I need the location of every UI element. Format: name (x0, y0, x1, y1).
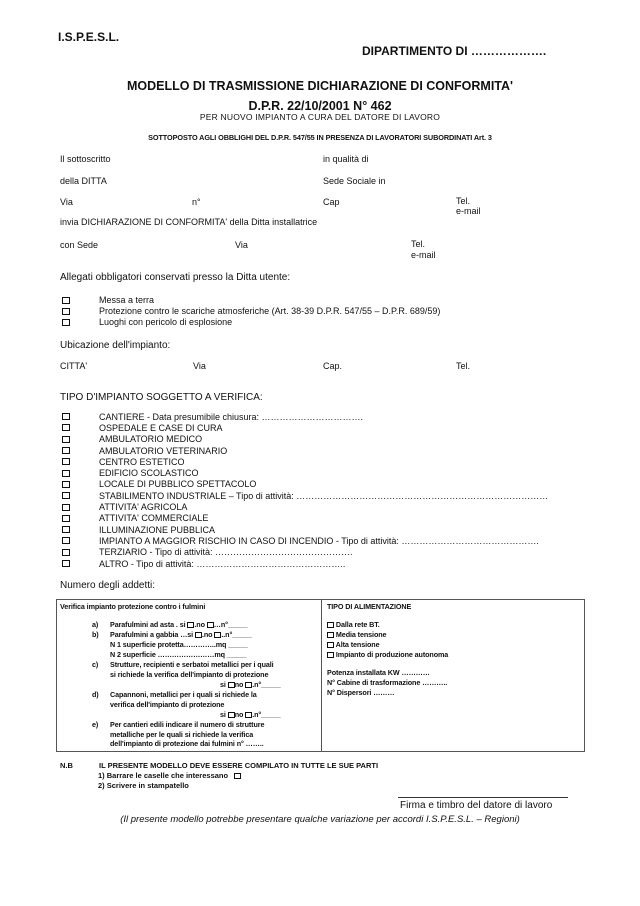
item-c-line2: si richiede la verifica dell'impianto di… (110, 670, 268, 679)
item-d-no: no (235, 710, 244, 719)
signature-line (398, 797, 568, 798)
allegati-item: Luoghi con pericolo di esplosione (62, 317, 440, 328)
checkbox[interactable] (62, 504, 70, 511)
item-e-label: e) (92, 720, 98, 729)
alimentazione-item: Alta tensione (327, 640, 379, 649)
tipo-impianto-item: CENTRO ESTETICO (62, 456, 548, 467)
tipo-impianto-item: CANTIERE - Data presumibile chiusura: ……… (62, 411, 548, 422)
item-b-count: ..n°_____ (221, 630, 251, 639)
email-label: e-mail (456, 206, 481, 216)
tipo-impianto-label: CENTRO ESTETICO (99, 457, 185, 467)
document-subject: SOTTOPOSTO AGLI OBBLIGHI DEL D.P.R. 547/… (0, 133, 640, 142)
item-c-line1: Strutture, recipienti e serbatoi metalli… (110, 660, 274, 669)
citta-label: CITTA' (60, 361, 87, 371)
checkbox[interactable] (62, 537, 70, 544)
potenza-field: Potenza installata KW ………… (327, 668, 430, 677)
ubicazione-cap-label: Cap. (323, 361, 342, 371)
tipo-impianto-heading: TIPO D'IMPIANTO SOGGETTO A VERIFICA: (60, 392, 263, 403)
allegati-item-label: Protezione contro le scariche atmosferic… (99, 306, 440, 316)
checkbox-no[interactable] (207, 622, 214, 628)
numero-label: n° (192, 197, 201, 207)
item-b-row: Parafulmini a gabbia …si .no ..n°_____ (110, 630, 252, 639)
item-b-no: .no (202, 630, 212, 639)
item-a-row: Parafulmini ad asta . si .no …n°_____ (110, 620, 247, 629)
item-c-no: no (235, 680, 244, 689)
cap-label: Cap (323, 197, 340, 207)
via-label: Via (60, 197, 73, 207)
item-b-text: Parafulmini a gabbia …si (110, 630, 193, 639)
checkbox-si[interactable] (195, 632, 202, 638)
con-sede-label: con Sede (60, 240, 98, 250)
alimentazione-item: Impianto di produzione autonoma (327, 650, 448, 659)
tipo-impianto-item: ATTIVITA' COMMERCIALE (62, 513, 548, 524)
checkbox[interactable] (62, 481, 70, 488)
tipo-impianto-item: STABILIMENTO INDUSTRIALE – Tipo di attiv… (62, 490, 548, 501)
alimentazione-label: Impianto di produzione autonoma (336, 650, 448, 659)
invia-dichiarazione-label: invia DICHIARAZIONE DI CONFORMITA' della… (60, 217, 317, 227)
allegati-heading: Allegati obbligatori conservati presso l… (60, 272, 290, 283)
alimentazione-label: Alta tensione (336, 640, 380, 649)
tipo-impianto-label: ATTIVITA' COMMERCIALE (99, 513, 208, 523)
item-e-line3: dell'impianto di protezione dai fulmini … (110, 739, 264, 748)
tipo-impianto-item: AMBULATORIO MEDICO (62, 434, 548, 445)
checkbox[interactable] (62, 447, 70, 454)
tipo-impianto-label: AMBULATORIO MEDICO (99, 434, 202, 444)
tipo-impianto-item: TERZIARIO - Tipo di attività: …………………………… (62, 547, 548, 558)
checkbox[interactable] (62, 470, 70, 477)
item-b-label: b) (92, 630, 99, 639)
tel-label: Tel. (456, 196, 470, 206)
item-d-options: si no .n°_____ (220, 710, 281, 719)
item-a-count: …n°_____ (214, 620, 248, 629)
checkbox-si[interactable] (228, 712, 235, 718)
item-a-no: .no (194, 620, 204, 629)
item-c-si: si (220, 680, 226, 689)
tipo-impianto-item: AMBULATORIO VETERINARIO (62, 445, 548, 456)
ditta-label: della DITTA (60, 176, 107, 186)
checkbox[interactable] (62, 308, 70, 315)
tipo-impianto-list: CANTIERE - Data presumibile chiusura: ……… (62, 411, 548, 569)
alimentazione-label: Media tensione (336, 630, 387, 639)
checkbox[interactable] (327, 632, 334, 638)
cabine-field: N° Cabine di trasformazione ……….. (327, 678, 447, 687)
item-b-superficie-1: N 1 superficie protetta…………..mq _____ (110, 640, 248, 649)
alimentazione-item: Dalla rete BT. (327, 620, 380, 629)
qualita-label: in qualità di (323, 154, 369, 164)
allegati-list: Messa a terra Protezione contro le scari… (62, 295, 440, 328)
decree-reference: D.P.R. 22/10/2001 N° 462 (0, 99, 640, 113)
email2-label: e-mail (411, 250, 436, 260)
alimentazione-item: Media tensione (327, 630, 386, 639)
item-a-text: Parafulmini ad asta . si (110, 620, 186, 629)
organization-name: I.S.P.E.S.L. (58, 30, 119, 44)
dispersori-field: N° Dispersori ……… (327, 688, 394, 697)
tipo-impianto-label: ILLUMINAZIONE PUBBLICA (99, 525, 215, 535)
item-e-line1: Per cantieri edili indicare il numero di… (110, 720, 264, 729)
tipo-impianto-label: EDIFICIO SCOLASTICO (99, 468, 199, 478)
checkbox[interactable] (327, 642, 334, 648)
tipo-impianto-label: AMBULATORIO VETERINARIO (99, 446, 227, 456)
nb-label: N.B (60, 761, 73, 770)
tipo-impianto-item: ALTRO - Tipo di attività: ……………………………………… (62, 558, 548, 569)
tipo-impianto-label: CANTIERE - Data presumibile chiusura: ……… (99, 412, 363, 422)
item-d-count: .n°_____ (252, 710, 280, 719)
sottoscritto-label: Il sottoscritto (60, 154, 111, 164)
nb-instruction-1: 1) Barrare le caselle che interessano (98, 771, 241, 780)
tipo-impianto-item: OSPEDALE E CASE DI CURA (62, 422, 548, 433)
tipo-impianto-item: ILLUMINAZIONE PUBBLICA (62, 524, 548, 535)
verification-table: Verifica impianto protezione contro i fu… (56, 599, 585, 752)
checkbox[interactable] (62, 413, 70, 420)
table-divider (321, 600, 322, 751)
allegati-item-label: Messa a terra (99, 295, 154, 305)
allegati-item-label: Luoghi con pericolo di esplosione (99, 317, 232, 327)
tel2-label: Tel. (411, 239, 425, 249)
checkbox-si[interactable] (228, 682, 235, 688)
addetti-heading: Numero degli addetti: (60, 580, 155, 591)
alimentazione-heading: TIPO DI ALIMENTAZIONE (327, 602, 411, 611)
tipo-impianto-item: ATTIVITA' AGRICOLA (62, 501, 548, 512)
document-title: MODELLO DI TRASMISSIONE DICHIARAZIONE DI… (0, 79, 640, 93)
tipo-impianto-label: TERZIARIO - Tipo di attività: …………………………… (99, 547, 353, 557)
sede-sociale-label: Sede Sociale in (323, 176, 386, 186)
item-d-label: d) (92, 690, 99, 699)
ubicazione-heading: Ubicazione dell'impianto: (60, 340, 170, 351)
nb-instruction-2: 2) Scrivere in stampatello (98, 781, 189, 790)
checkbox[interactable] (62, 526, 70, 533)
checkbox[interactable] (62, 560, 70, 567)
checkbox[interactable] (62, 458, 70, 465)
alimentazione-label: Dalla rete BT. (336, 620, 380, 629)
tipo-impianto-label: IMPIANTO A MAGGIOR RISCHIO IN CASO DI IN… (99, 536, 539, 546)
item-b-superficie-2: N 2 superficie ……………………mq _____ (110, 650, 246, 659)
checkbox[interactable] (62, 424, 70, 431)
checkbox[interactable] (62, 319, 70, 326)
item-d-line1: Capannoni, metallici per i quali si rich… (110, 690, 257, 699)
footer-note: (Il presente modello potrebbe presentare… (0, 814, 640, 825)
department-field: DIPARTIMENTO DI ………………. (362, 44, 546, 58)
document-subtitle: PER NUOVO IMPIANTO A CURA DEL DATORE DI … (0, 112, 640, 122)
tipo-impianto-label: ALTRO - Tipo di attività: ……………………………………… (99, 559, 345, 569)
nb-text: IL PRESENTE MODELLO DEVE ESSERE COMPILAT… (99, 761, 378, 770)
via2-label: Via (235, 240, 248, 250)
checkbox[interactable] (327, 652, 334, 658)
tipo-impianto-item: IMPIANTO A MAGGIOR RISCHIO IN CASO DI IN… (62, 535, 548, 546)
item-c-count: .n°_____ (252, 680, 280, 689)
item-a-label: a) (92, 620, 98, 629)
item-d-si: si (220, 710, 226, 719)
checkbox[interactable] (327, 622, 334, 628)
tipo-impianto-label: LOCALE DI PUBBLICO SPETTACOLO (99, 479, 256, 489)
item-d-line2: verifica dell'impianto di protezione (110, 700, 224, 709)
item-c-label: c) (92, 660, 98, 669)
tipo-impianto-item: EDIFICIO SCOLASTICO (62, 467, 548, 478)
signature-label: Firma e timbro del datore di lavoro (400, 800, 552, 811)
checkbox[interactable] (62, 492, 70, 499)
fulmini-heading: Verifica impianto protezione contro i fu… (60, 602, 205, 611)
checkbox[interactable] (62, 297, 70, 304)
allegati-item: Messa a terra (62, 295, 440, 306)
allegati-item: Protezione contro le scariche atmosferic… (62, 306, 440, 317)
item-c-options: si no .n°_____ (220, 680, 281, 689)
item-e-line2: metalliche per le quali si richiede la v… (110, 730, 253, 739)
tipo-impianto-label: ATTIVITA' AGRICOLA (99, 502, 187, 512)
checkbox[interactable] (62, 549, 70, 556)
ubicazione-tel-label: Tel. (456, 361, 470, 371)
nb-instruction-1-text: 1) Barrare le caselle che interessano (98, 771, 228, 780)
checkbox[interactable] (62, 436, 70, 443)
ubicazione-via-label: Via (193, 361, 206, 371)
checkbox-example (234, 773, 241, 779)
tipo-impianto-item: LOCALE DI PUBBLICO SPETTACOLO (62, 479, 548, 490)
tipo-impianto-label: STABILIMENTO INDUSTRIALE – Tipo di attiv… (99, 491, 548, 501)
checkbox[interactable] (62, 515, 70, 522)
tipo-impianto-label: OSPEDALE E CASE DI CURA (99, 423, 223, 433)
